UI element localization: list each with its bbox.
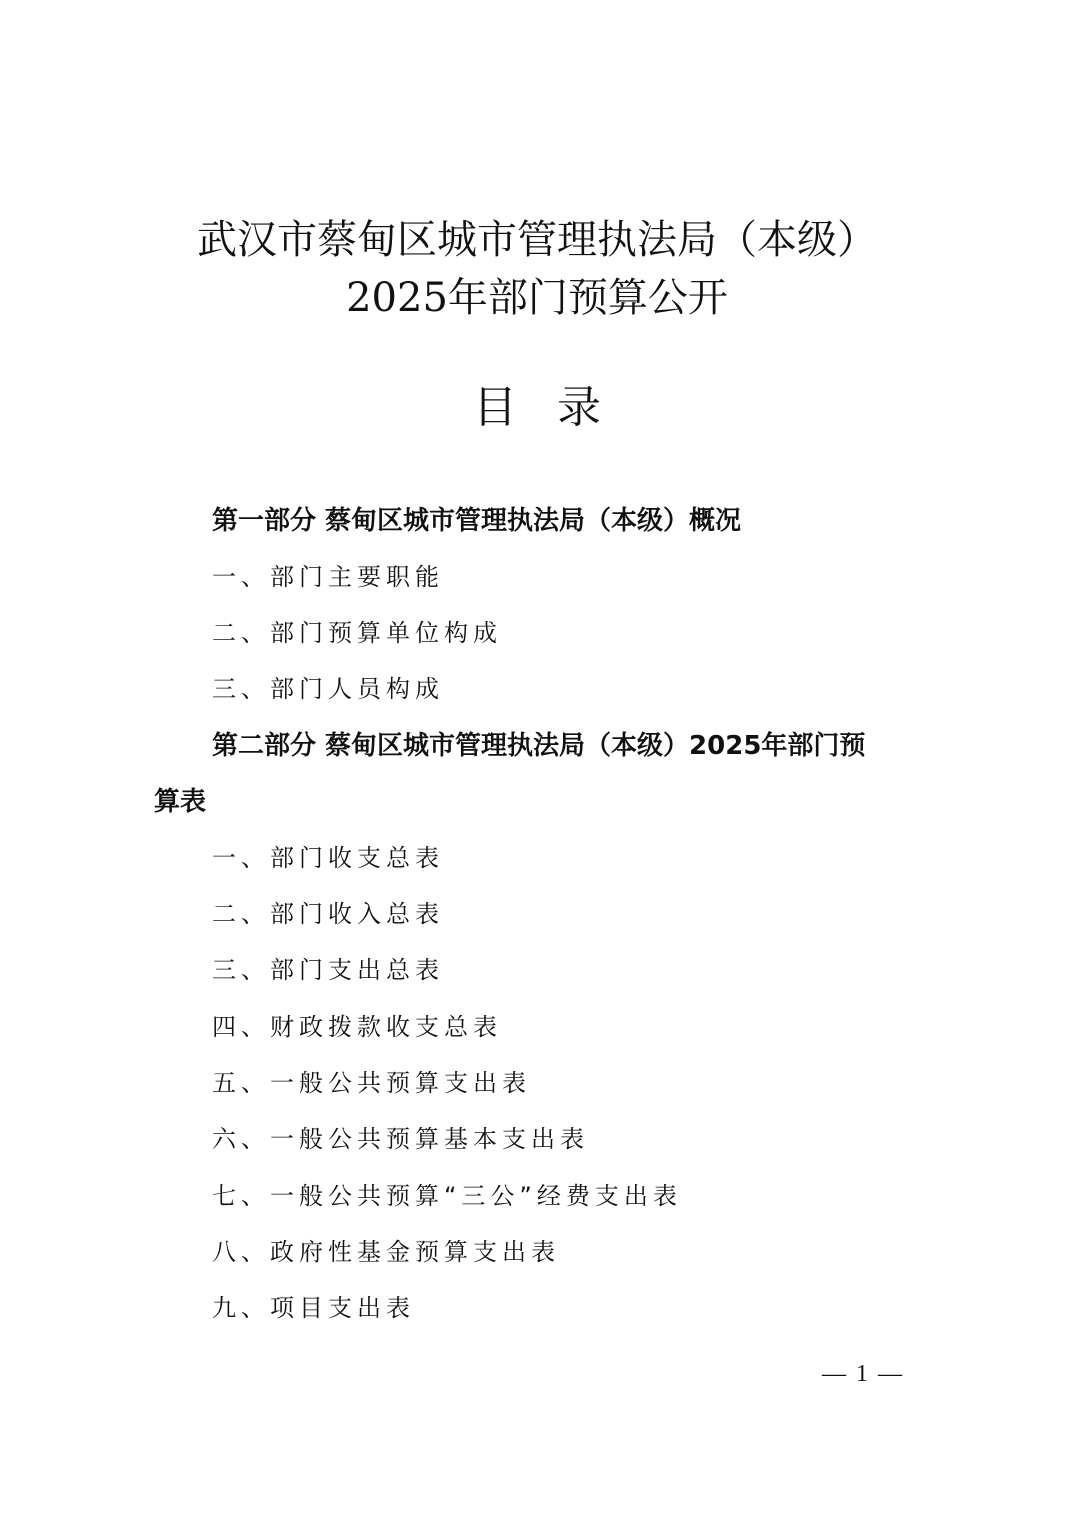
toc-item: 一、部门主要职能 (212, 562, 444, 592)
toc-item: 二、部门预算单位构成 (212, 618, 502, 648)
toc-item: 四、财政拨款收支总表 (212, 1012, 502, 1042)
toc-part-1-heading: 第一部分 蔡甸区城市管理执法局（本级）概况 (212, 506, 741, 536)
toc-item: 三、部门人员构成 (212, 674, 444, 704)
toc-item: 七、一般公共预算“三公”经费支出表 (212, 1181, 682, 1211)
toc-item: 二、部门收入总表 (212, 899, 444, 929)
toc-item: 三、部门支出总表 (212, 955, 444, 985)
toc-item: 八、政府性基金预算支出表 (212, 1237, 560, 1267)
toc-item: 九、项目支出表 (212, 1293, 415, 1323)
toc-item: 五、一般公共预算支出表 (212, 1068, 531, 1098)
toc-item: 六、一般公共预算基本支出表 (212, 1124, 589, 1154)
toc-part-2-heading: 第二部分 蔡甸区城市管理执法局（本级）2025年部门预 (212, 731, 865, 761)
document-title-line-1: 武汉市蔡甸区城市管理执法局（本级） (0, 216, 1074, 264)
page-number: — 1 — (822, 1360, 904, 1388)
toc-heading: 目录 (0, 382, 1074, 434)
toc-part-2-heading-continued: 算表 (154, 787, 206, 817)
toc-item: 一、部门收支总表 (212, 843, 444, 873)
document-title-line-2: 2025年部门预算公开 (0, 274, 1074, 322)
